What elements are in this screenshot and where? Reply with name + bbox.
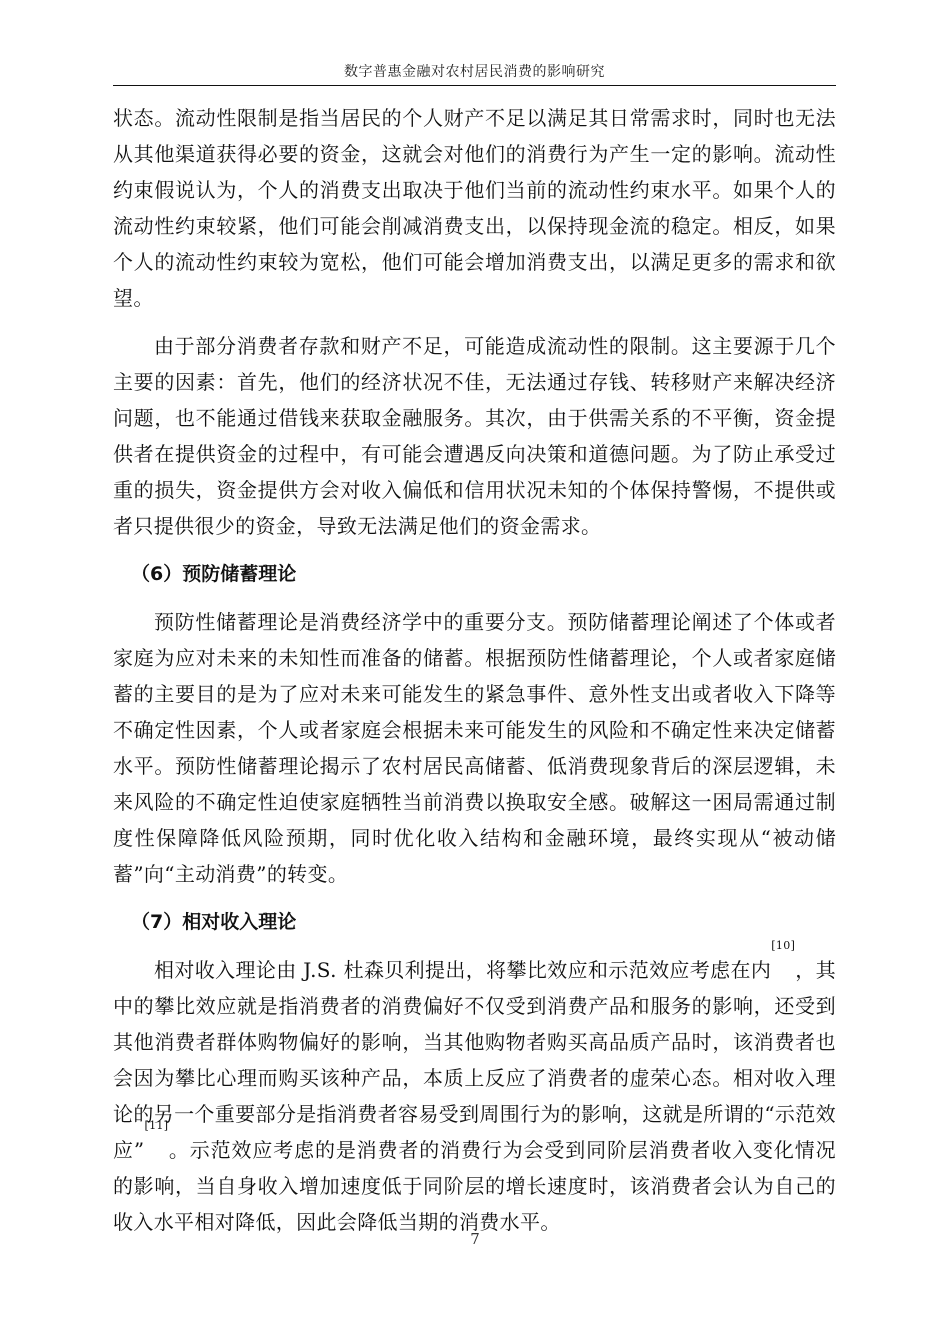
section-heading-precautionary-saving: （6）预防储蓄理论 — [113, 556, 836, 592]
paragraph-text: 相对收入理论由 J.S. 杜森贝利提出，将攀比效应和示范效应考虑在内 — [154, 958, 771, 982]
paragraph-precautionary-saving: 预防性储蓄理论是消费经济学中的重要分支。预防储蓄理论阐述了个体或者家庭为应对未来… — [113, 604, 836, 892]
citation-ref-10[interactable]: [10] — [771, 939, 795, 952]
page-content: 状态。流动性限制是指当居民的个人财产不足以满足其日常需求时，同时也无法从其他渠道… — [113, 100, 836, 1252]
paragraph-text: 。示范效应考虑的是消费者的消费行为会受到同阶层消费者收入变化情况的影响，当自身收… — [113, 1138, 836, 1234]
header-rule — [113, 85, 836, 86]
paragraph-text: ，其中的攀比效应就是指消费者的消费偏好不仅受到消费产品和服务的影响，还受到其他消… — [113, 958, 836, 1162]
page-number: 7 — [0, 1230, 950, 1248]
citation-ref-11[interactable]: [11] — [144, 1119, 168, 1132]
running-header: 数字普惠金融对农村居民消费的影响研究 — [113, 62, 836, 82]
paragraph-liquidity-constraint: 状态。流动性限制是指当居民的个人财产不足以满足其日常需求时，同时也无法从其他渠道… — [113, 100, 836, 316]
paragraph-relative-income: 相对收入理论由 J.S. 杜森贝利提出，将攀比效应和示范效应考虑在内[10]，其… — [113, 952, 836, 1240]
section-heading-relative-income: （7）相对收入理论 — [113, 904, 836, 940]
paragraph-liquidity-causes: 由于部分消费者存款和财产不足，可能造成流动性的限制。这主要源于几个主要的因素：首… — [113, 328, 836, 544]
